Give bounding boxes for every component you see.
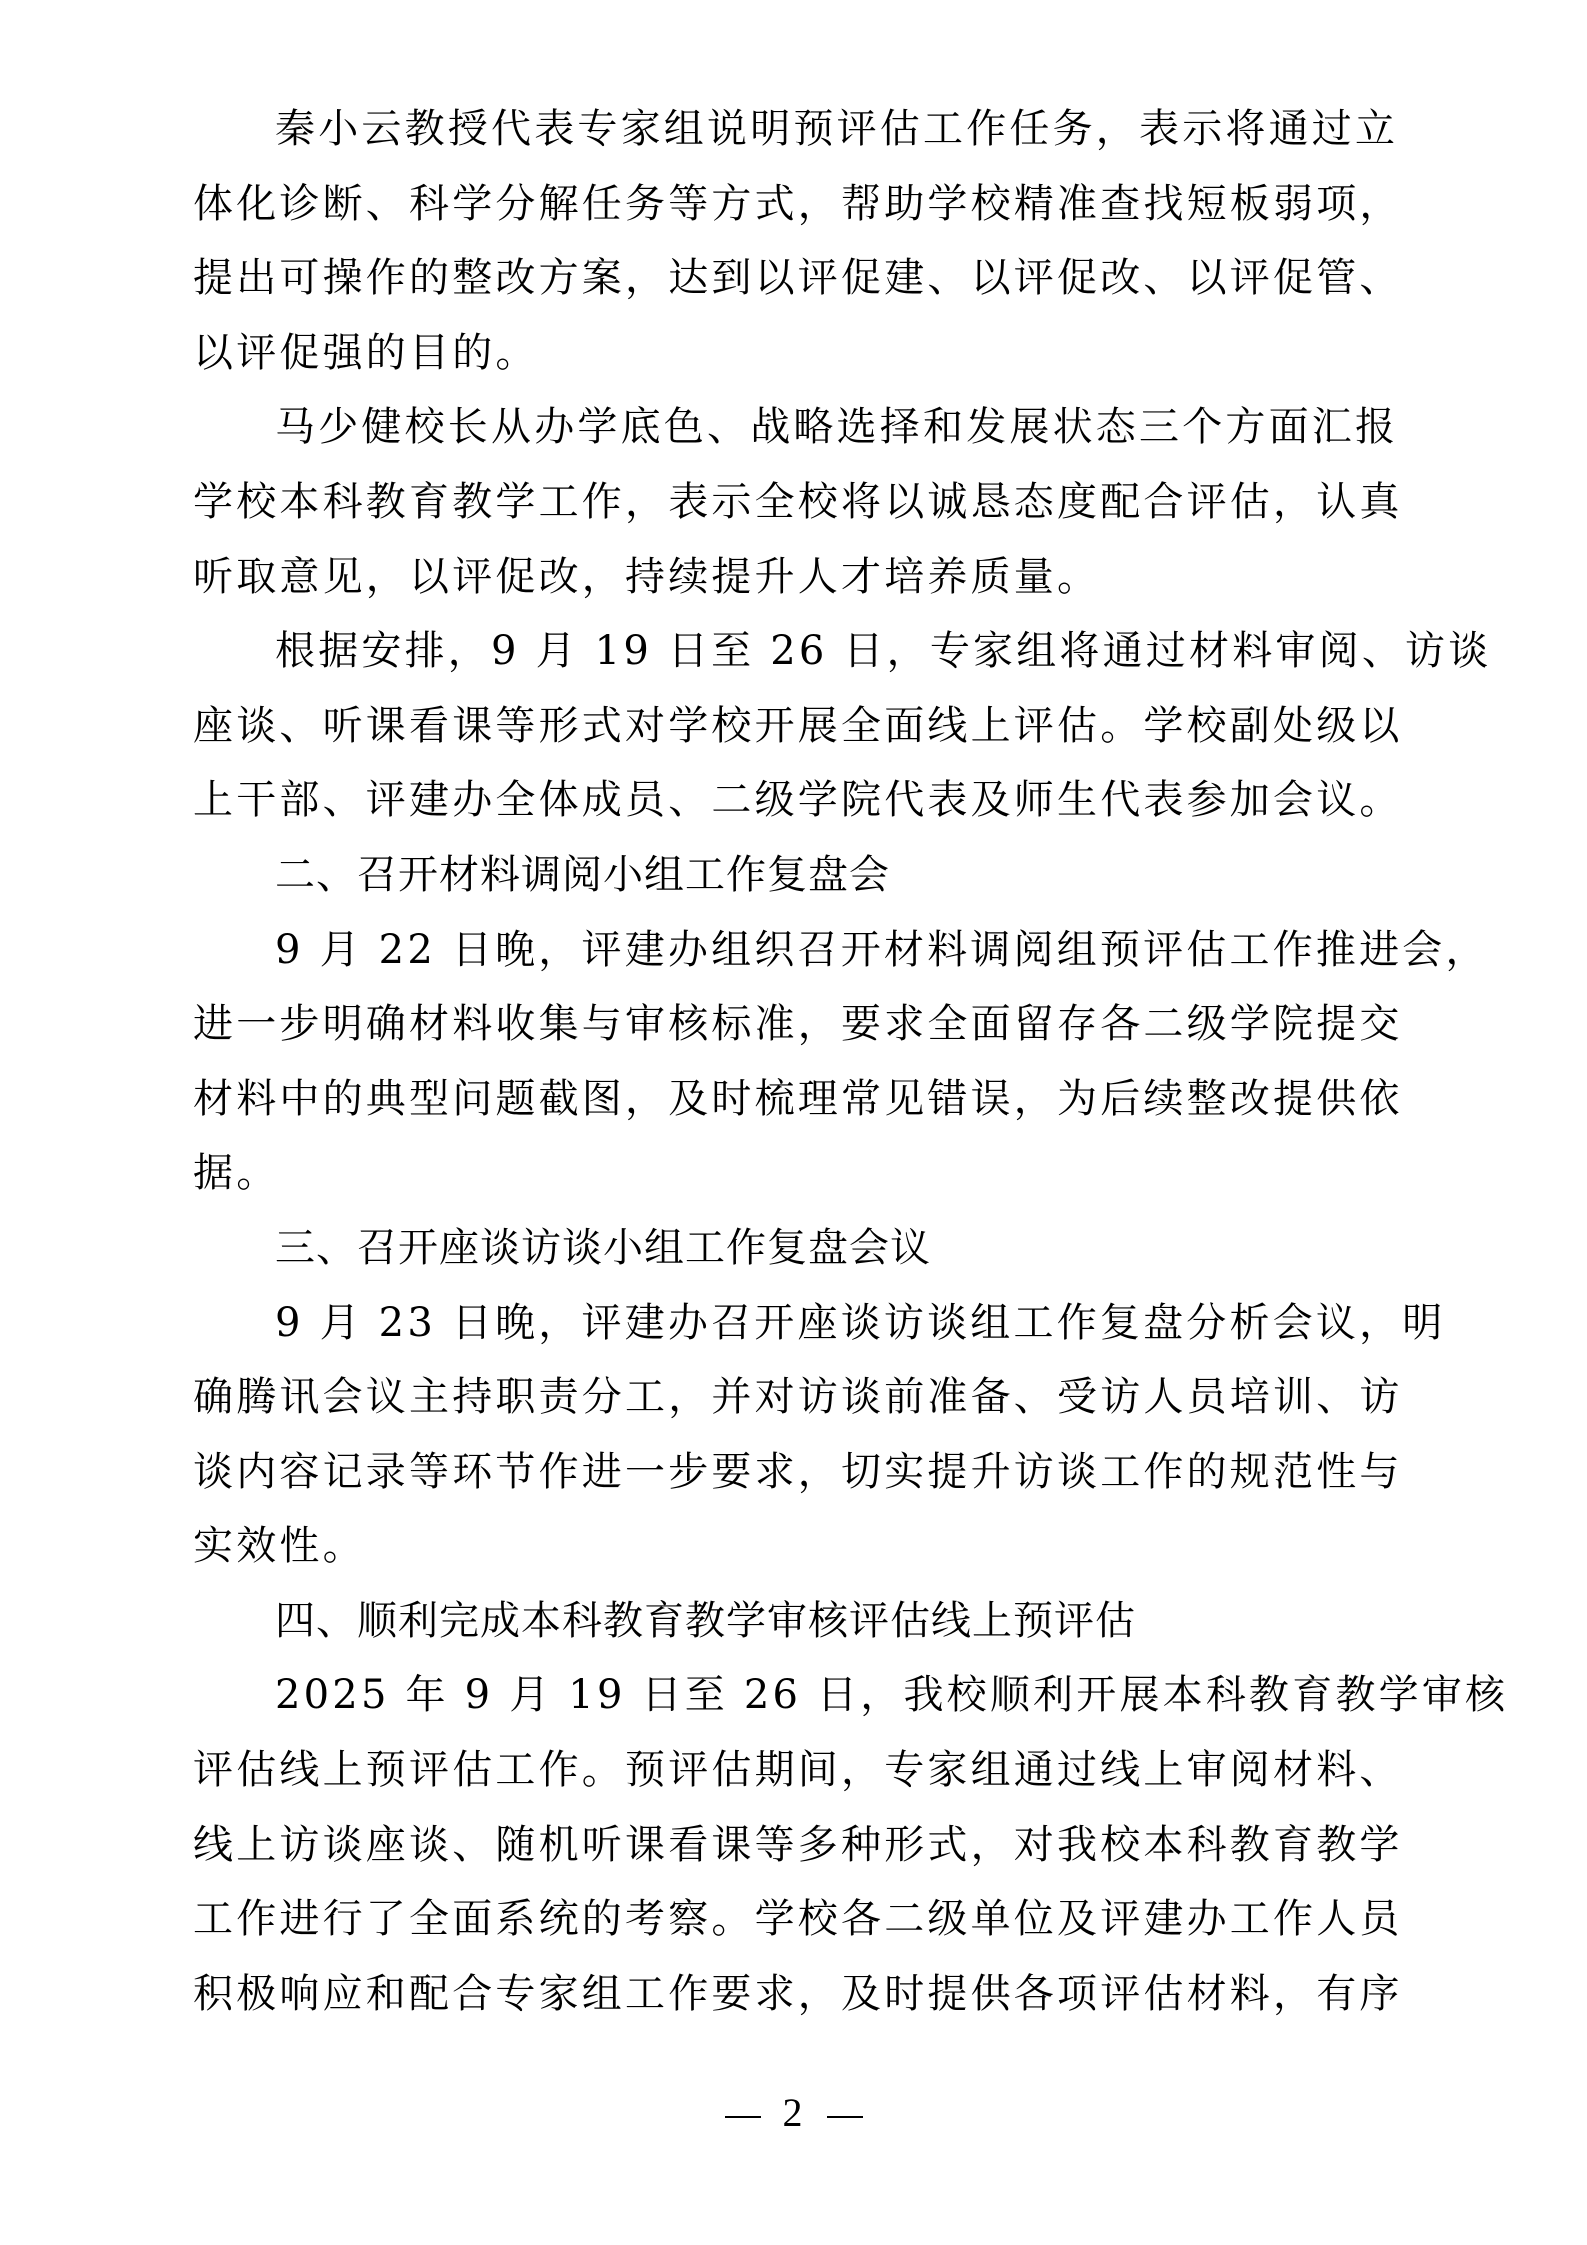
paragraph-president-report: 马少健校长从办学底色、战略选择和发展状态三个方面汇报 学校本科教育教学工作，表示… [193, 390, 1403, 614]
text-line: 实效性。 [193, 1509, 1403, 1584]
section-heading-2: 二、召开材料调阅小组工作复盘会 [193, 838, 1403, 913]
text-line: 听取意见，以评促改，持续提升人才培养质量。 [193, 540, 1403, 615]
text-line: 工作进行了全面系统的考察。学校各二级单位及评建办工作人员 [193, 1882, 1403, 1957]
section-heading-4: 四、顺利完成本科教育教学审核评估线上预评估 [193, 1584, 1403, 1659]
paragraph-pre-assessment-complete: 2025 年 9 月 19 日至 26 日，我校顺利开展本科教育教学审核 评估线… [193, 1658, 1403, 2031]
text-line: 根据安排，9 月 19 日至 26 日，专家组将通过材料审阅、访谈 [193, 614, 1403, 689]
text-line: 马少健校长从办学底色、战略选择和发展状态三个方面汇报 [193, 390, 1403, 465]
text-line: 据。 [193, 1136, 1403, 1211]
text-line: 上干部、评建办全体成员、二级学院代表及师生代表参加会议。 [193, 763, 1403, 838]
text-line: 学校本科教育教学工作，表示全校将以诚恳态度配合评估，认真 [193, 465, 1403, 540]
text-line: 提出可操作的整改方案，达到以评促建、以评促改、以评促管、 [193, 241, 1403, 316]
text-line: 谈内容记录等环节作进一步要求，切实提升访谈工作的规范性与 [193, 1435, 1403, 1510]
paragraph-expert-group-intro: 秦小云教授代表专家组说明预评估工作任务，表示将通过立 体化诊断、科学分解任务等方… [193, 92, 1403, 390]
page-number-value: 2 [783, 2090, 805, 2135]
text-line: 进一步明确材料收集与审核标准，要求全面留存各二级学院提交 [193, 987, 1403, 1062]
document-page: 秦小云教授代表专家组说明预评估工作任务，表示将通过立 体化诊断、科学分解任务等方… [0, 0, 1587, 2245]
text-line: 积极响应和配合专家组工作要求，及时提供各项评估材料，有序 [193, 1957, 1403, 2032]
document-body: 秦小云教授代表专家组说明预评估工作任务，表示将通过立 体化诊断、科学分解任务等方… [193, 92, 1403, 2031]
section-heading-3: 三、召开座谈访谈小组工作复盘会议 [193, 1211, 1403, 1286]
text-line: 体化诊断、科学分解任务等方式，帮助学校精准查找短板弱项， [193, 167, 1403, 242]
text-line: 评估线上预评估工作。预评估期间，专家组通过线上审阅材料、 [193, 1733, 1403, 1808]
paragraph-interview-review: 9 月 23 日晚，评建办召开座谈访谈组工作复盘分析会议，明 确腾讯会议主持职责… [193, 1286, 1403, 1584]
text-line: 以评促强的目的。 [193, 316, 1403, 391]
text-line: 座谈、听课看课等形式对学校开展全面线上评估。学校副处级以 [193, 689, 1403, 764]
paragraph-materials-review: 9 月 22 日晚，评建办组织召开材料调阅组预评估工作推进会， 进一步明确材料收… [193, 913, 1403, 1211]
text-line: 线上访谈座谈、随机听课看课等多种形式，对我校本科教育教学 [193, 1808, 1403, 1883]
page-number-dash-right [827, 2116, 863, 2118]
text-line: 秦小云教授代表专家组说明预评估工作任务，表示将通过立 [193, 92, 1403, 167]
page-number: 2 [0, 2088, 1587, 2138]
text-line: 2025 年 9 月 19 日至 26 日，我校顺利开展本科教育教学审核 [193, 1658, 1403, 1733]
text-line: 材料中的典型问题截图，及时梳理常见错误，为后续整改提供依 [193, 1062, 1403, 1137]
paragraph-schedule: 根据安排，9 月 19 日至 26 日，专家组将通过材料审阅、访谈 座谈、听课看… [193, 614, 1403, 838]
page-number-dash-left [725, 2116, 761, 2118]
text-line: 9 月 22 日晚，评建办组织召开材料调阅组预评估工作推进会， [193, 913, 1403, 988]
text-line: 9 月 23 日晚，评建办召开座谈访谈组工作复盘分析会议，明 [193, 1286, 1403, 1361]
text-line: 确腾讯会议主持职责分工，并对访谈前准备、受访人员培训、访 [193, 1360, 1403, 1435]
